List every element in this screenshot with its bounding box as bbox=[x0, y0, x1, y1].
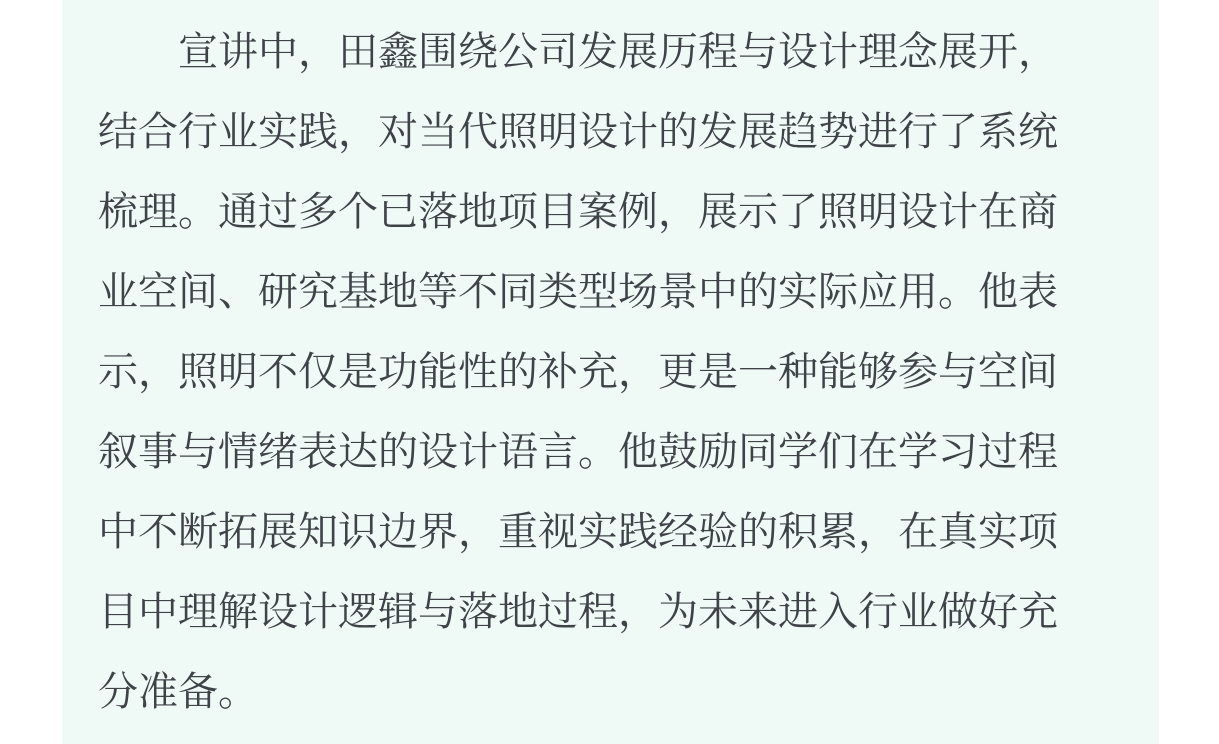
article-paragraph: 宣讲中，田鑫围绕公司发展历程与设计理念展开，结合行业实践，对当代照明设计的发展趋… bbox=[62, 0, 1058, 732]
article-panel: 宣讲中，田鑫围绕公司发展历程与设计理念展开，结合行业实践，对当代照明设计的发展趋… bbox=[62, 0, 1159, 744]
page-background: 宣讲中，田鑫围绕公司发展历程与设计理念展开，结合行业实践，对当代照明设计的发展趋… bbox=[0, 0, 1219, 744]
